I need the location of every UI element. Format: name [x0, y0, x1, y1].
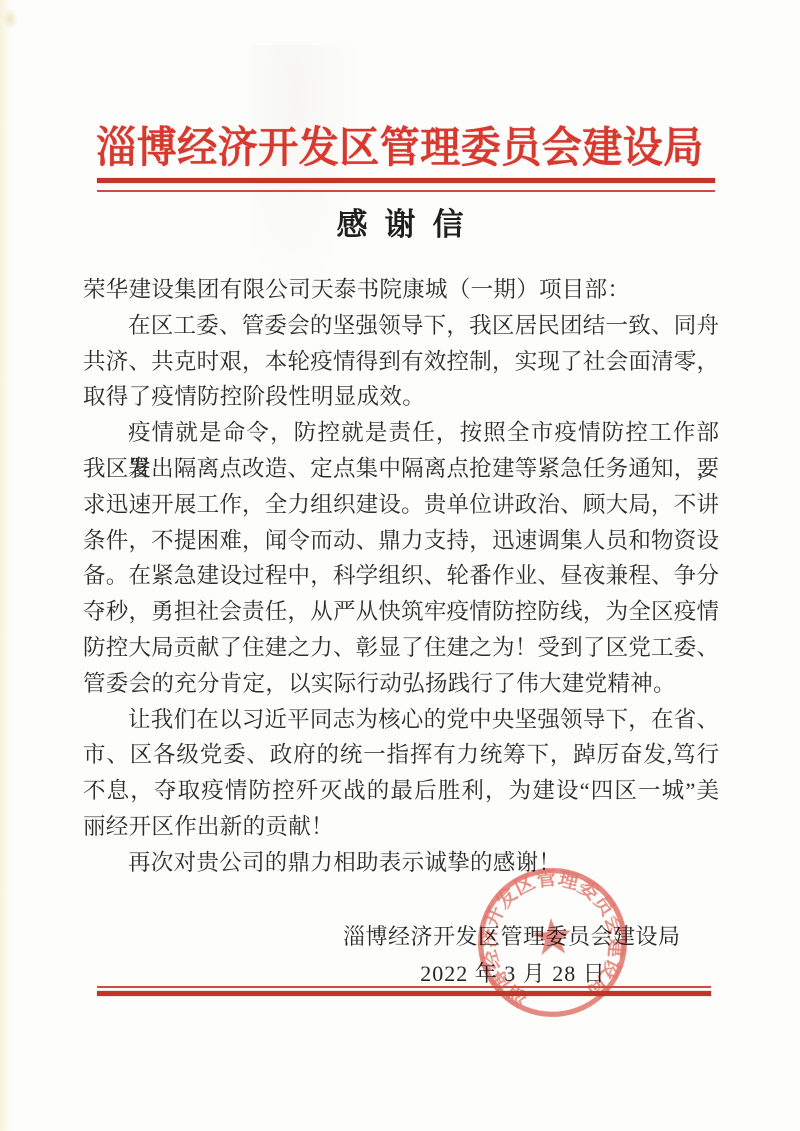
header-rule-thin — [97, 190, 715, 192]
letter-line: 让我们在以习近平同志为核心的党中央坚强领导下，在省、 — [83, 702, 719, 738]
header-rule-thick — [97, 178, 715, 183]
scan-speck — [2, 8, 18, 30]
letter-line: 在区工委、管委会的坚强领导下，我区居民团结一致、同舟 — [83, 308, 719, 344]
letter-line: 市、区各级党委、政府的统一指挥有力统筹下，踔厉奋发,笃行 — [83, 737, 719, 773]
letterhead-org-title: 淄博经济开发区管理委员会建设局 — [0, 123, 800, 174]
letter-line: 共济、共克时艰，本轮疫情得到有效控制，实现了社会面清零， — [83, 344, 719, 380]
letter-line: 我区发出隔离点改造、定点集中隔离点抢建等紧急任务通知，要 — [83, 451, 719, 487]
letter-line: 不息，夺取疫情防控歼灭战的最后胜利，为建设“四区一城”美 — [83, 773, 719, 809]
letter-page: 淄博经济开发区管理委员会建设局 感谢信 荣华建设集团有限公司天泰书院康城（一期）… — [0, 0, 800, 1131]
salutation-line: 荣华建设集团有限公司天泰书院康城（一期）项目部： — [83, 272, 719, 308]
seal-star-icon: ★ — [528, 907, 577, 966]
letter-line: 夺秒，勇担社会责任，从严从快筑牢疫情防控防线，为全区疫情 — [83, 594, 719, 630]
letter-title: 感谢信 — [0, 206, 800, 244]
letter-line: 备。在紧急建设过程中，科学组织、轮番作业、昼夜兼程、争分 — [83, 558, 719, 594]
footer-rule-thick — [97, 991, 711, 996]
letter-line: 防控大局贡献了住建之力、彰显了住建之为！受到了区党工委、 — [83, 630, 719, 666]
official-seal: 淄博经济开发区管理委员会建设局 ★ — [459, 849, 646, 1036]
letter-line: 疫情就是命令，防控就是责任，按照全市疫情防控工作部署， — [83, 415, 719, 451]
letter-line: 求迅速开展工作，全力组织建设。贵单位讲政治、顾大局，不讲 — [83, 487, 719, 523]
scan-smudge — [250, 45, 360, 305]
letter-line: 管委会的充分肯定，以实际行动弘扬践行了伟大建党精神。 — [83, 666, 719, 702]
letter-line: 丽经开区作出新的贡献！ — [83, 809, 719, 845]
letter-line: 取得了疫情防控阶段性明显成效。 — [83, 379, 719, 415]
footer-rule-thin — [97, 986, 711, 988]
letter-line: 条件，不提困难，闻令而动、鼎力支持，迅速调集人员和物资设 — [83, 523, 719, 559]
letter-body: 荣华建设集团有限公司天泰书院康城（一期）项目部： 在区工委、管委会的坚强领导下，… — [83, 272, 719, 881]
